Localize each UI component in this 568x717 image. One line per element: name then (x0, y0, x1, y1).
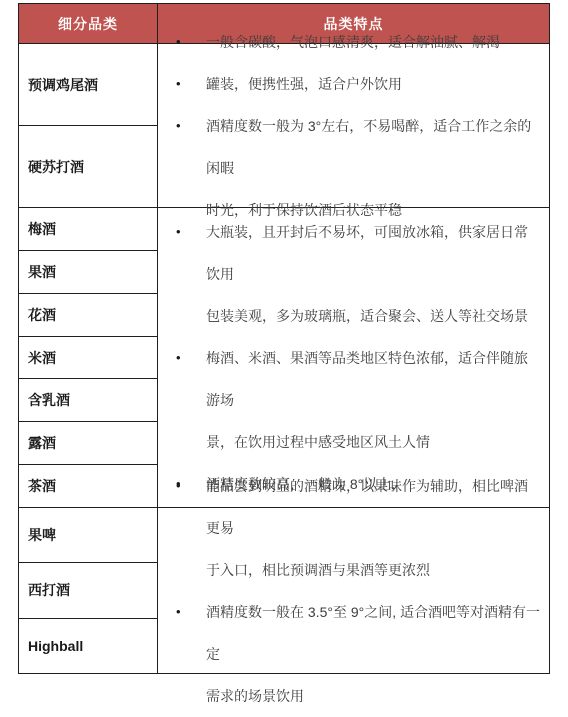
section-beer-like: 果啤 西打酒 Highball • 能品尝到明显的酒精味，以果味作为辅助，相比啤… (19, 508, 549, 673)
category-label: 果啤 (28, 525, 56, 545)
category-cell: 果啤 (19, 508, 157, 563)
feature-text: 大瓶装，且开封后不易坏，可囤放冰箱，供家居日常饮用 包装美观，多为玻璃瓶，适合聚… (206, 211, 541, 337)
bullet-icon: • (176, 21, 206, 63)
feature-item: • 能品尝到明显的酒精味，以果味作为辅助，相比啤酒更易 于入口，相比预调酒与果酒… (176, 465, 541, 591)
bullet-icon: • (176, 591, 206, 633)
category-table: 细分品类 品类特点 预调鸡尾酒 硬苏打酒 • 一般含碳酸，气泡口感清爽，适合解油… (18, 3, 550, 674)
section-rtd-features: • 一般含碳酸，气泡口感清爽，适合解油腻、解渴 • 罐装，便携性强，适合户外饮用… (158, 44, 549, 207)
category-cell: 梅酒 (19, 208, 157, 251)
feature-text: 一般含碳酸，气泡口感清爽，适合解油腻、解渴 (206, 21, 541, 63)
category-cell: 露酒 (19, 422, 157, 465)
feature-item: • 梅酒、米酒、果酒等品类地区特色浓郁，适合伴随旅游场 景，在饮用过程中感受地区… (176, 337, 541, 463)
feature-text: 罐装，便携性强，适合户外饮用 (206, 63, 541, 105)
bullet-icon: • (176, 465, 206, 507)
category-label: 米酒 (28, 348, 56, 368)
category-label: 花酒 (28, 305, 56, 325)
category-cell: 果酒 (19, 251, 157, 294)
category-cell: 含乳酒 (19, 379, 157, 422)
section-traditional-categories: 梅酒 果酒 花酒 米酒 含乳酒 露酒 茶酒 (19, 208, 158, 507)
category-cell: 茶酒 (19, 465, 157, 507)
category-label: 茶酒 (28, 476, 56, 496)
category-cell: 硬苏打酒 (19, 126, 157, 207)
feature-text: 能品尝到明显的酒精味，以果味作为辅助，相比啤酒更易 于入口，相比预调酒与果酒等更… (206, 465, 541, 591)
category-label: 露酒 (28, 433, 56, 453)
bullet-icon: • (176, 337, 206, 379)
section-beer-like-features: • 能品尝到明显的酒精味，以果味作为辅助，相比啤酒更易 于入口，相比预调酒与果酒… (158, 508, 549, 673)
feature-item: • 大瓶装，且开封后不易坏，可囤放冰箱，供家居日常饮用 包装美观，多为玻璃瓶，适… (176, 211, 541, 337)
section-traditional-features: • 大瓶装，且开封后不易坏，可囤放冰箱，供家居日常饮用 包装美观，多为玻璃瓶，适… (158, 208, 549, 507)
feature-item: • 酒精度数一般在 3.5°至 9°之间, 适合酒吧等对酒精有一定 需求的场景饮… (176, 591, 541, 717)
category-label: 硬苏打酒 (28, 157, 84, 177)
category-cell: 预调鸡尾酒 (19, 44, 157, 126)
section-rtd: 预调鸡尾酒 硬苏打酒 • 一般含碳酸，气泡口感清爽，适合解油腻、解渴 • 罐装，… (19, 44, 549, 208)
header-cell-subcategory: 细分品类 (19, 4, 158, 43)
category-cell: 花酒 (19, 294, 157, 337)
bullet-icon: • (176, 63, 206, 105)
category-cell: Highball (19, 619, 157, 673)
section-rtd-categories: 预调鸡尾酒 硬苏打酒 (19, 44, 158, 207)
feature-text: 酒精度数一般在 3.5°至 9°之间, 适合酒吧等对酒精有一定 需求的场景饮用 (206, 591, 541, 717)
category-label: Highball (28, 638, 83, 654)
section-traditional: 梅酒 果酒 花酒 米酒 含乳酒 露酒 茶酒 • 大瓶装，且开封后不易坏，可囤放冰… (19, 208, 549, 508)
category-label: 预调鸡尾酒 (28, 75, 98, 95)
bullet-icon: • (176, 105, 206, 147)
category-label: 梅酒 (28, 219, 56, 239)
category-cell: 西打酒 (19, 563, 157, 618)
category-label: 西打酒 (28, 580, 70, 600)
feature-text: 梅酒、米酒、果酒等品类地区特色浓郁，适合伴随旅游场 景，在饮用过程中感受地区风土… (206, 337, 541, 463)
section-beer-like-categories: 果啤 西打酒 Highball (19, 508, 158, 673)
bullet-icon: • (176, 211, 206, 253)
category-label: 果酒 (28, 262, 56, 282)
feature-item: • 罐装，便携性强，适合户外饮用 (176, 63, 541, 105)
category-cell: 米酒 (19, 337, 157, 380)
feature-item: • 一般含碳酸，气泡口感清爽，适合解油腻、解渴 (176, 21, 541, 63)
category-label: 含乳酒 (28, 390, 70, 410)
